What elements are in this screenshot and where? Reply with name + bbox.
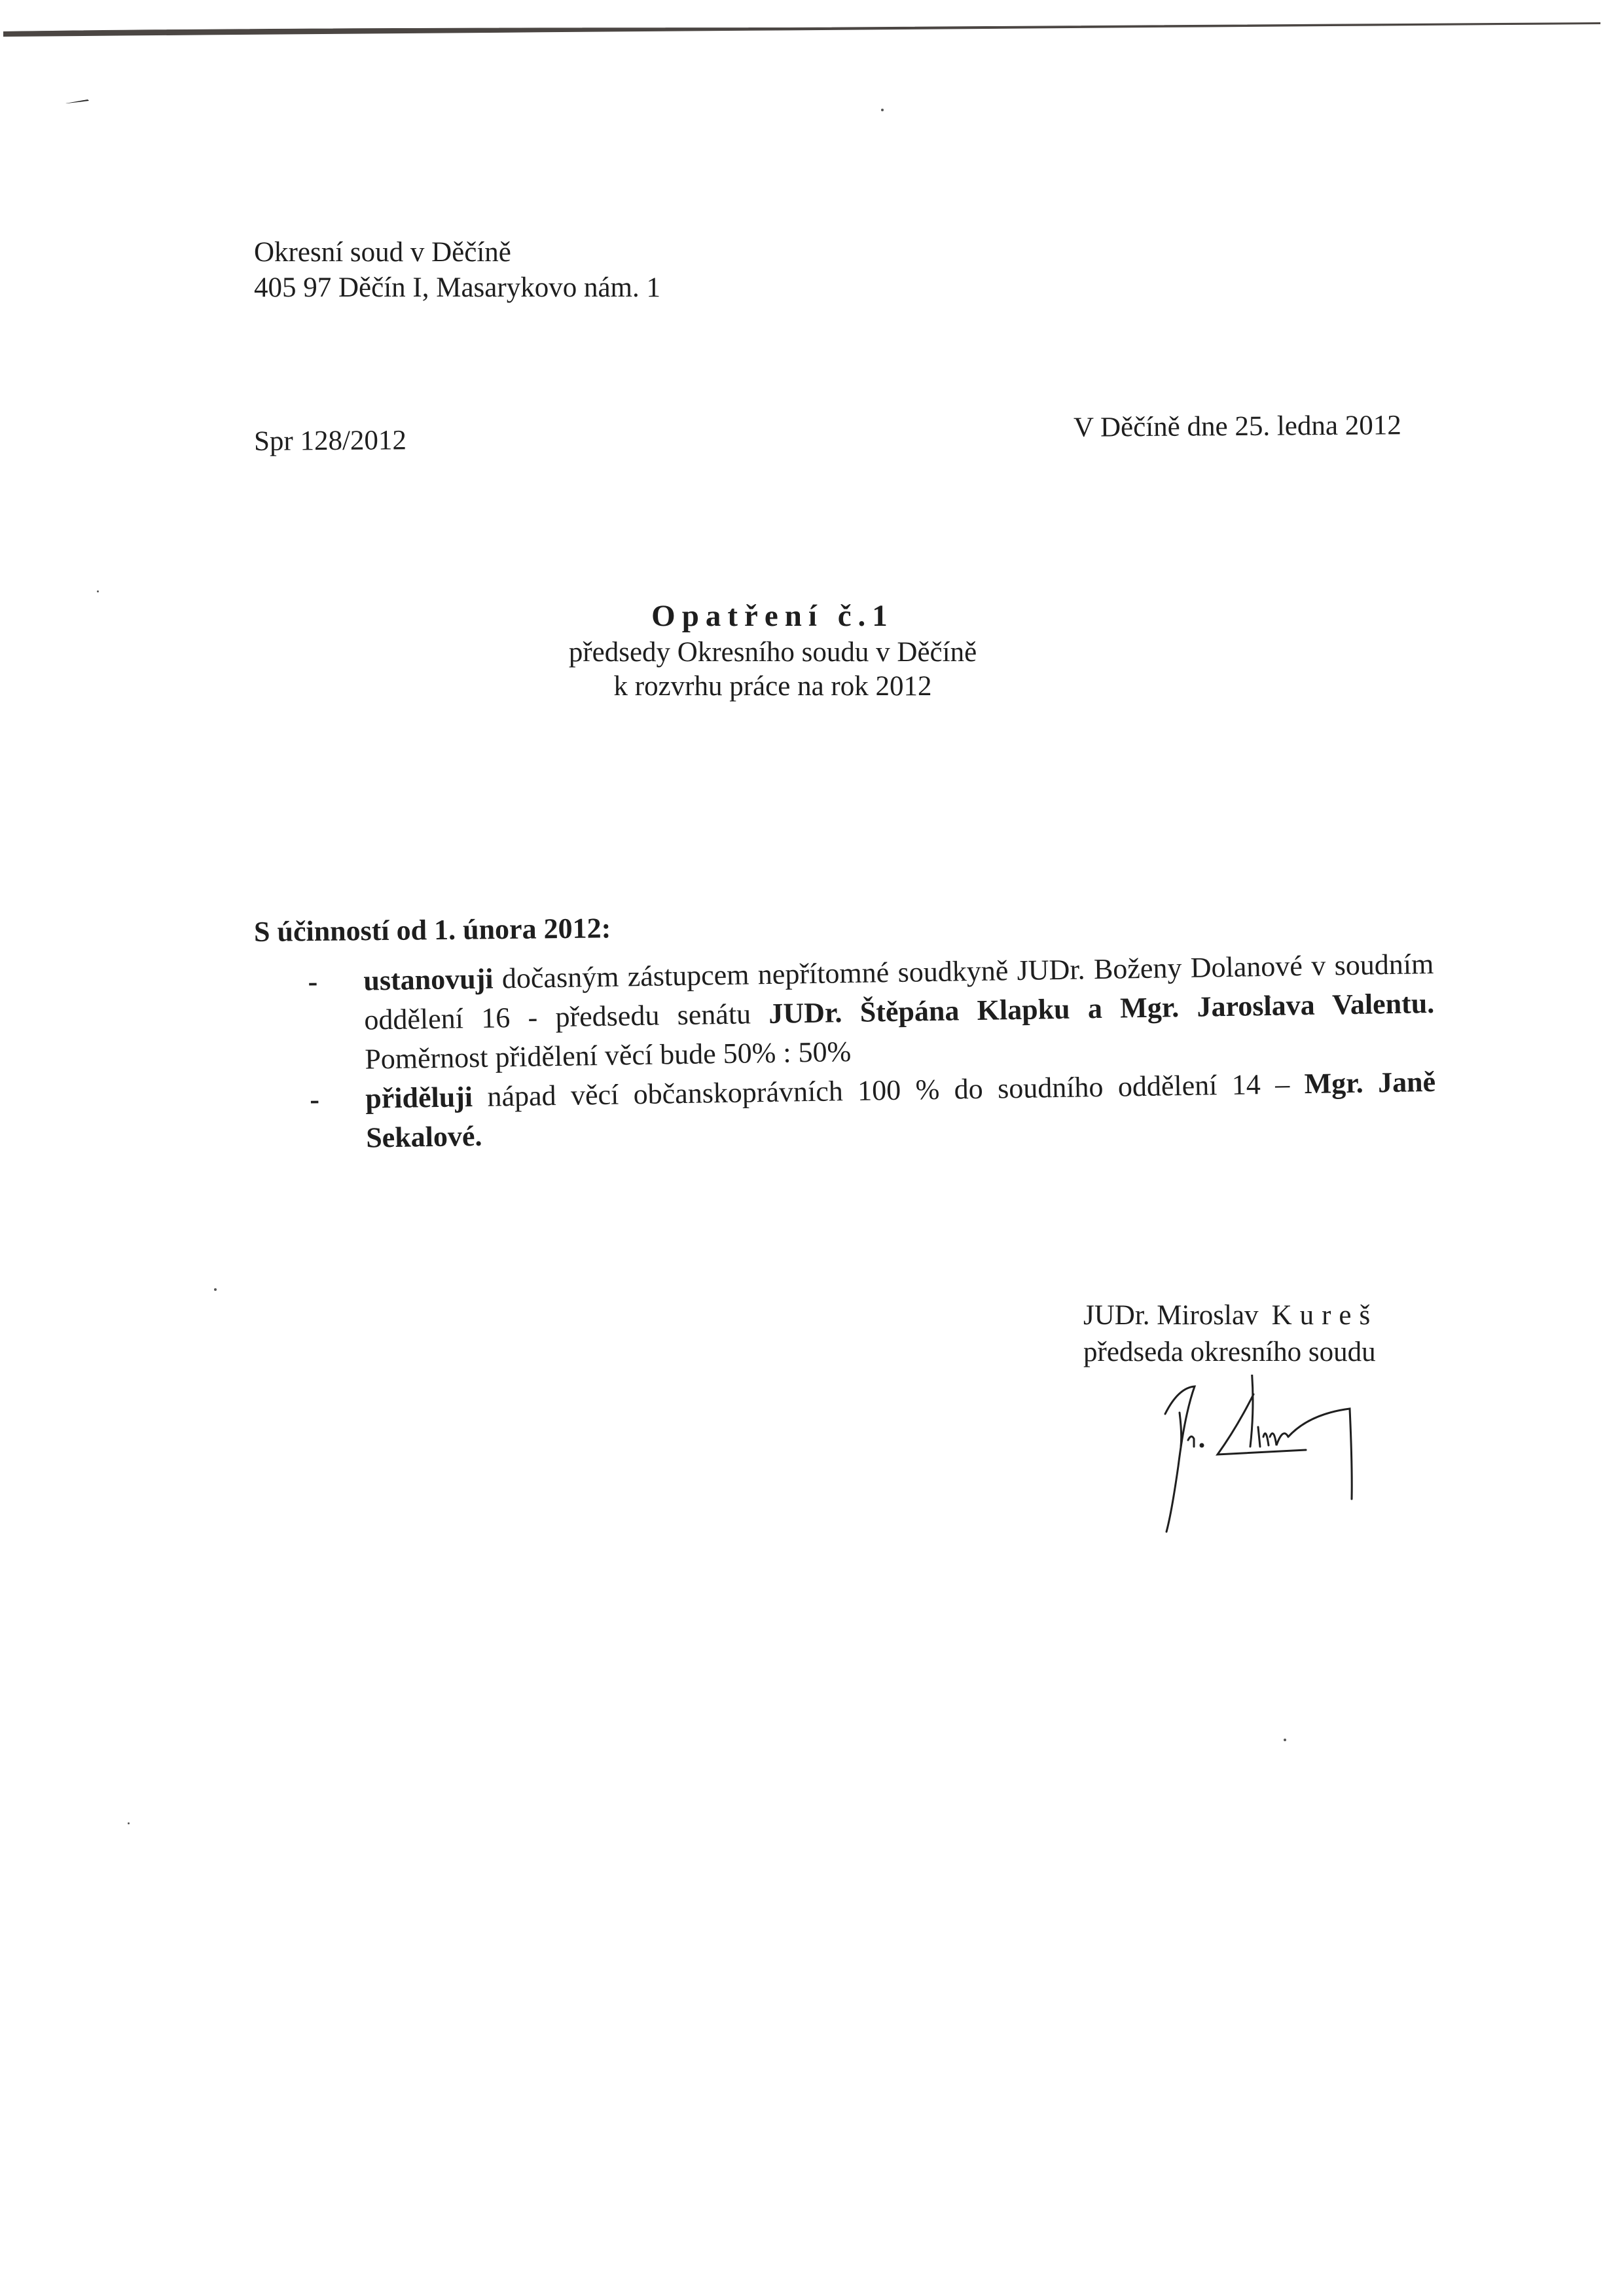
scan-speck — [881, 109, 884, 111]
effective-date-heading: S účinností od 1. února 2012: — [254, 911, 611, 950]
scan-mark-artifact — [65, 99, 89, 103]
signature-block: JUDr. MiroslavKureš předseda okresního s… — [1083, 1297, 1378, 1371]
bullet-dash: - — [308, 962, 318, 1002]
signatory-role: předseda okresního soudu — [1083, 1334, 1378, 1371]
bullet-dash: - — [310, 1080, 320, 1119]
handwritten-signature-icon — [1139, 1375, 1375, 1538]
place-and-date: V Děčíně dne 25. ledna 2012 — [1074, 408, 1401, 444]
title-heading: Opatření č.1 — [0, 597, 1624, 636]
reference-number: Spr 128/2012 — [254, 424, 406, 458]
title-line-3: k rozvrhu práce na rok 2012 — [0, 670, 1624, 704]
signatory-first-name: JUDr. Miroslav — [1083, 1300, 1259, 1331]
document-title: Opatření č.1 předsedy Okresního soudu v … — [0, 597, 1624, 704]
signatory-surname: Kureš — [1272, 1300, 1379, 1331]
scan-speck — [214, 1288, 217, 1291]
item-verb: ustanovuji — [363, 963, 494, 997]
list-item: - přiděluji nápad věcí občanskoprávních … — [310, 1062, 1437, 1159]
item-names: JUDr. Štěpána Klapku a Mgr. Jaroslava Va… — [768, 987, 1435, 1030]
measures-list: - ustanovuji dočasným zástupcem nepřítom… — [308, 945, 1437, 1159]
item-verb: přiděluji — [365, 1081, 473, 1115]
scan-edge-artifact — [3, 22, 1600, 48]
title-line-2: předsedy Okresního soudu v Děčíně — [0, 636, 1624, 670]
scan-speck — [1284, 1739, 1286, 1741]
court-address: 405 97 Děčín I, Masarykovo nám. 1 — [254, 271, 660, 305]
item-text-2: Poměrnost přidělení věcí bude 50% : 50% — [365, 1036, 852, 1075]
scan-speck — [97, 590, 99, 592]
signatory-name: JUDr. MiroslavKureš — [1083, 1297, 1378, 1334]
court-name: Okresní soud v Děčíně — [254, 236, 511, 270]
list-item: - ustanovuji dočasným zástupcem nepřítom… — [308, 945, 1435, 1080]
scan-speck — [1269, 996, 1271, 998]
scan-speck — [128, 1822, 130, 1824]
document-page: Okresní soud v Děčíně 405 97 Děčín I, Ma… — [0, 0, 1624, 2295]
